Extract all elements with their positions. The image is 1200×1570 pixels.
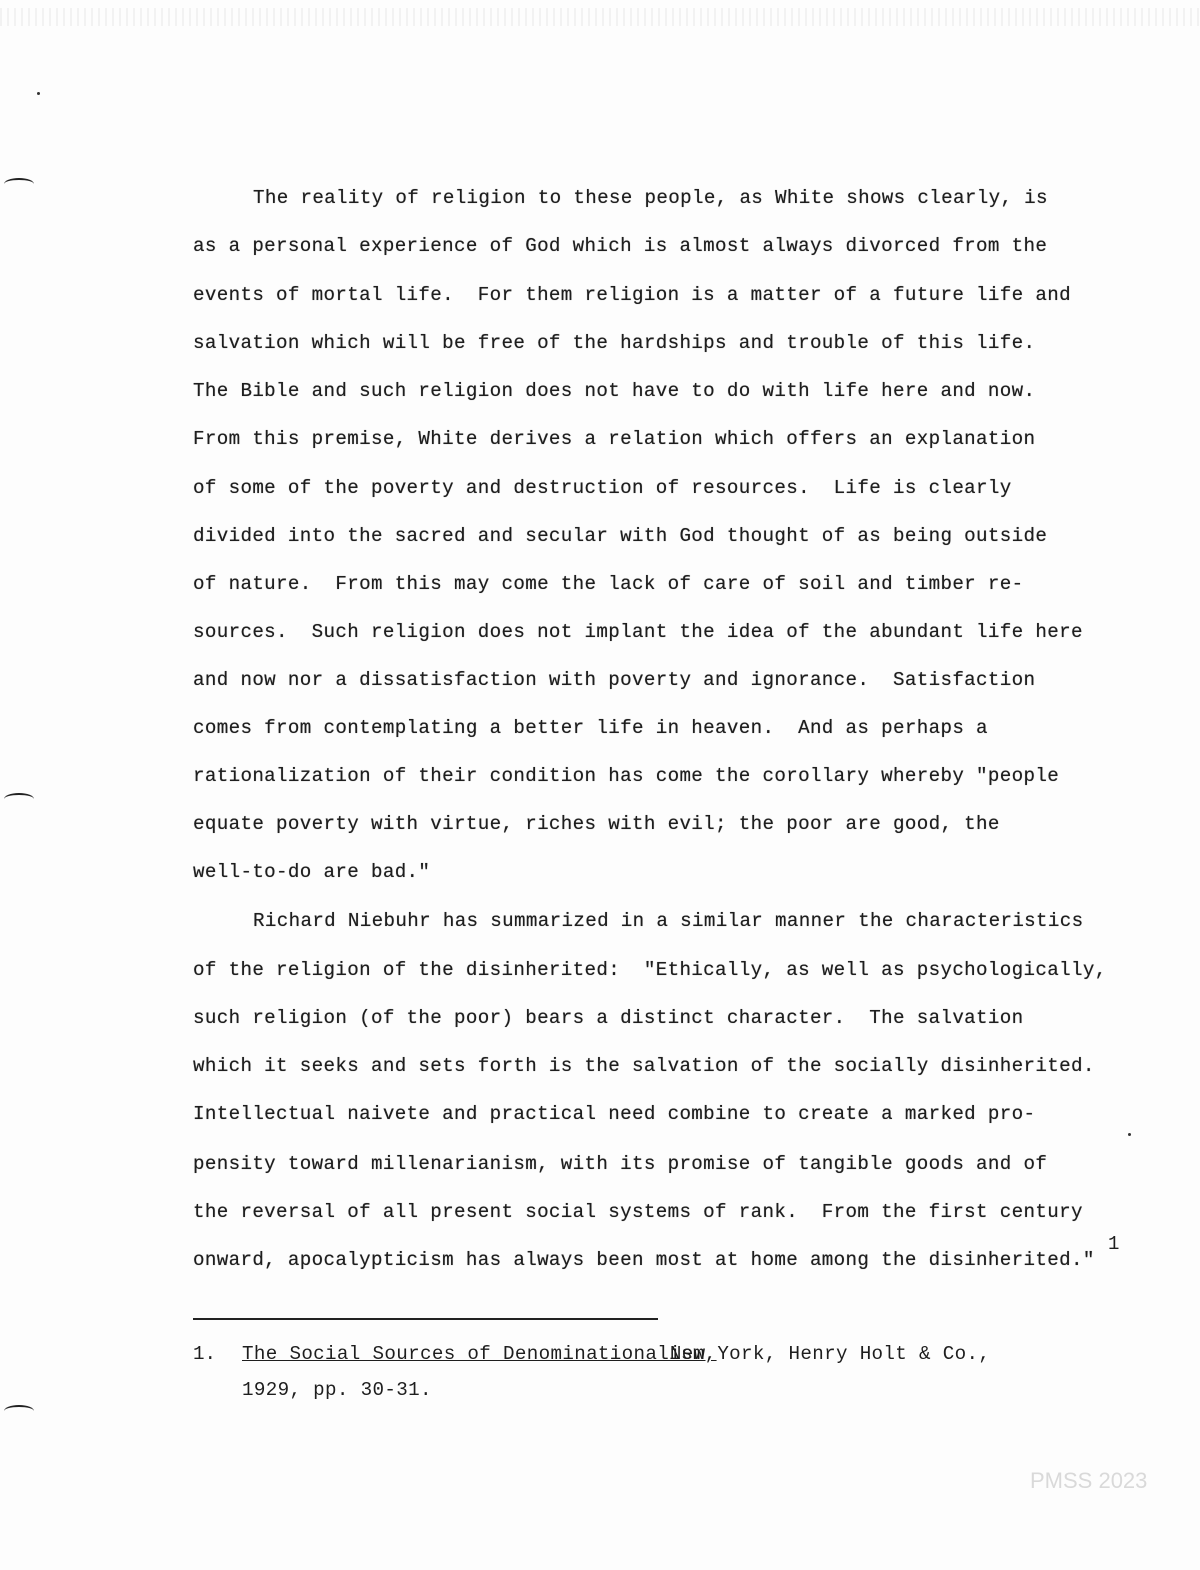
paragraph-1-line: divided into the sacred and secular with… (193, 524, 1047, 548)
binder-hole-mark (4, 1405, 34, 1417)
footnote-book-title: The Social Sources of Denominationalism, (242, 1342, 717, 1366)
paragraph-2-line: of the religion of the disinherited: "Et… (193, 958, 1107, 982)
paragraph-1-line: equate poverty with virtue, riches with … (193, 812, 1000, 836)
footnote-divider (193, 1318, 658, 1320)
paragraph-1-line: From this premise, White derives a relat… (193, 427, 1035, 451)
paragraph-2-line: Intellectual naivete and practical need … (193, 1102, 1035, 1126)
paragraph-1-line: as a personal experience of God which is… (193, 234, 1047, 258)
paragraph-2-line: which it seeks and sets forth is the sal… (193, 1054, 1095, 1078)
archive-watermark: PMSS 2023 (1030, 1468, 1147, 1494)
paragraph-1-line: of some of the poverty and destruction o… (193, 476, 1012, 500)
paragraph-2-line: the reversal of all present social syste… (193, 1200, 1083, 1224)
footnote-year-pages: 1929, pp. 30-31. (242, 1378, 432, 1402)
paragraph-1-line: of nature. From this may come the lack o… (193, 572, 1024, 596)
paragraph-1-line: The Bible and such religion does not hav… (193, 379, 1035, 403)
footnote-publisher: New York, Henry Holt & Co., (658, 1342, 990, 1366)
scan-artifact-top (0, 8, 1200, 26)
scan-speck (37, 92, 40, 95)
paragraph-2-line: pensity toward millenarianism, with its … (193, 1152, 1047, 1176)
paragraph-1-line: well-to-do are bad." (193, 860, 430, 884)
footnote-reference: 1 (1108, 1232, 1119, 1256)
footnote-number: 1. (193, 1342, 216, 1366)
paragraph-1-line: The reality of religion to these people,… (253, 186, 1048, 210)
paragraph-1-line: events of mortal life. For them religion… (193, 283, 1071, 307)
binder-hole-mark (4, 793, 34, 805)
document-page: The reality of religion to these people,… (0, 0, 1200, 1570)
paragraph-2-line: Richard Niebuhr has summarized in a simi… (253, 909, 1084, 933)
paragraph-1-line: sources. Such religion does not implant … (193, 620, 1083, 644)
paragraph-1-line: comes from contemplating a better life i… (193, 716, 988, 740)
paragraph-2-line: such religion (of the poor) bears a dist… (193, 1006, 1024, 1030)
paragraph-1-line: and now nor a dissatisfaction with pover… (193, 668, 1035, 692)
paragraph-2-line: onward, apocalypticism has always been m… (193, 1248, 1095, 1272)
paragraph-1-line: salvation which will be free of the hard… (193, 331, 1035, 355)
scan-speck (1128, 1133, 1131, 1136)
paragraph-1-line: rationalization of their condition has c… (193, 764, 1059, 788)
binder-hole-mark (4, 178, 34, 190)
